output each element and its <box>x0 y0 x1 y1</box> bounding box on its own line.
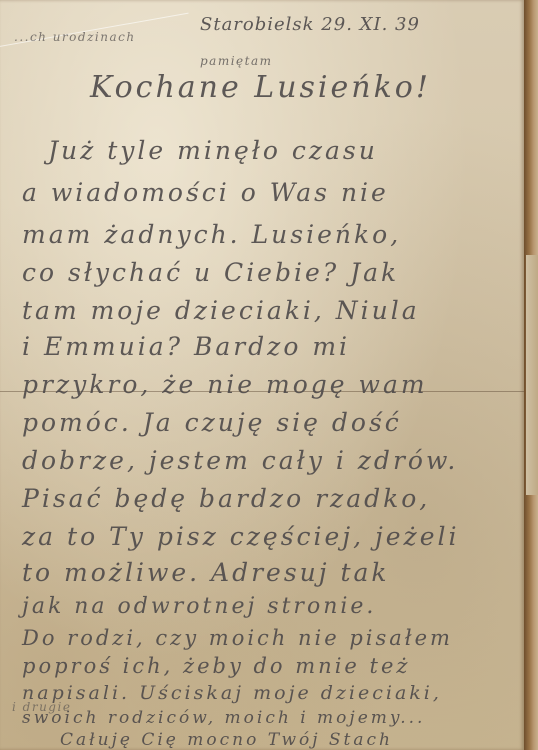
salutation: Kochane Lusieńko! <box>90 70 431 105</box>
body-line: to możliwe. Adresuj tak <box>22 558 390 587</box>
body-line: za to Ty pisz częściej, jeżeli <box>22 522 460 551</box>
body-line: przykro, że nie mogę wam <box>22 370 428 399</box>
place-date: Starobielsk 29. XI. 39 <box>200 14 420 35</box>
body-line: Pisać będę bardzo rzadko, <box>22 484 430 513</box>
body-line: jak na odwrotnej stronie. <box>22 594 376 619</box>
body-line: mam żadnych. Lusieńko, <box>22 220 401 249</box>
body-line: a wiadomości o Was nie <box>22 178 389 207</box>
top-note-2: pamiętam <box>200 54 273 68</box>
body-line: pomóc. Ja czuję się dość <box>22 408 402 437</box>
body-line: Już tyle minęło czasu <box>48 136 378 165</box>
body-line: dobrze, jestem cały i zdrów. <box>22 446 458 475</box>
body-line: napisali. Uściskaj moje dzieciaki, <box>22 682 442 704</box>
body-line: Do rodzi, czy moich nie pisałem <box>22 626 453 650</box>
body-line: i Emmuia? Bardzo mi <box>22 332 350 361</box>
side-note: i drugie <box>12 700 71 714</box>
body-line: tam moje dzieciaki, Niula <box>22 296 420 325</box>
top-left-note: ...ch urodzinach <box>14 30 136 44</box>
body-line: poproś ich, żeby do mnie też <box>22 654 410 678</box>
signature-line: Całuję Cię mocno Twój Stach <box>60 730 393 750</box>
body-line: swoich rodziców, moich i mojemy... <box>22 708 425 728</box>
card-edge-lower <box>526 255 538 495</box>
body-line: co słychać u Ciebie? Jak <box>22 258 399 287</box>
